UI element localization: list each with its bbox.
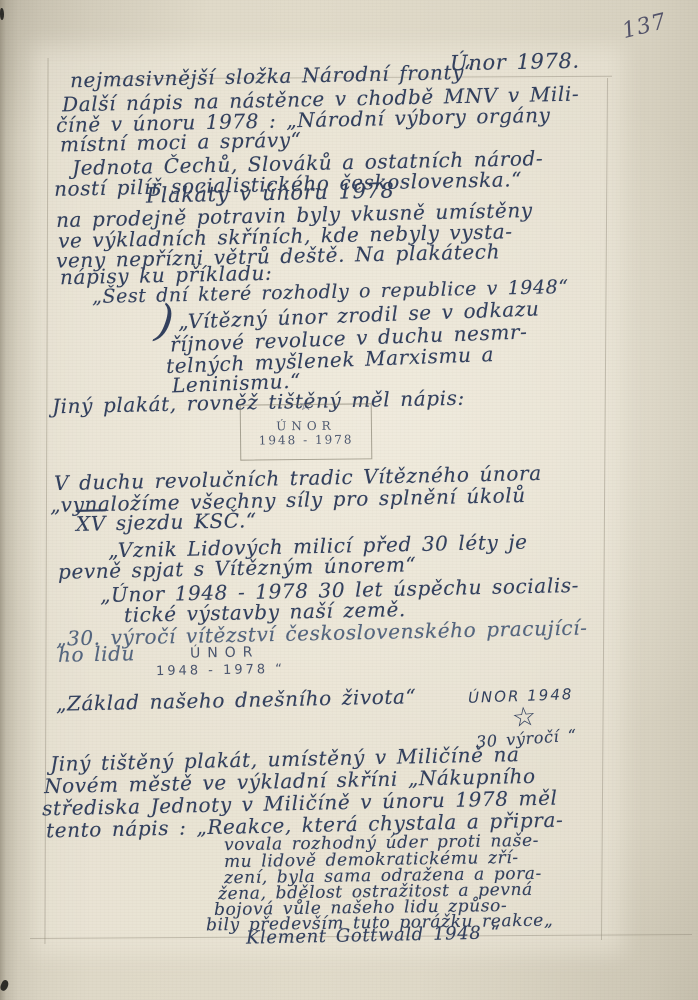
ink-speck (0, 8, 4, 20)
poster-box-years: 1948 - 1978 (241, 432, 371, 447)
poster-box-title: ÚNOR (241, 418, 371, 433)
handwritten-line-xv-sjezd: XV sjezdu KSČ.“ (76, 508, 257, 536)
ink-speck (0, 979, 10, 992)
star-icon: ☆ (299, 396, 313, 414)
xv-overlined: XV (76, 511, 106, 536)
signature-line: Klement Gottwald 1948 “ (246, 922, 501, 948)
printed-unor-label: ÚNOR (190, 644, 260, 661)
page-number: 137 (620, 9, 670, 44)
manuscript-page: 137 Únor 1978. nejmasivnější složka Náro… (0, 0, 698, 1000)
handwritten-line: ho lidu (58, 641, 135, 667)
xv-rest: sjezdu KSČ.“ (106, 508, 257, 535)
unor-poster-box: ☆ ÚNOR 1948 - 1978 (240, 403, 373, 460)
printed-unor-years: 1948 - 1978 “ (156, 662, 285, 679)
